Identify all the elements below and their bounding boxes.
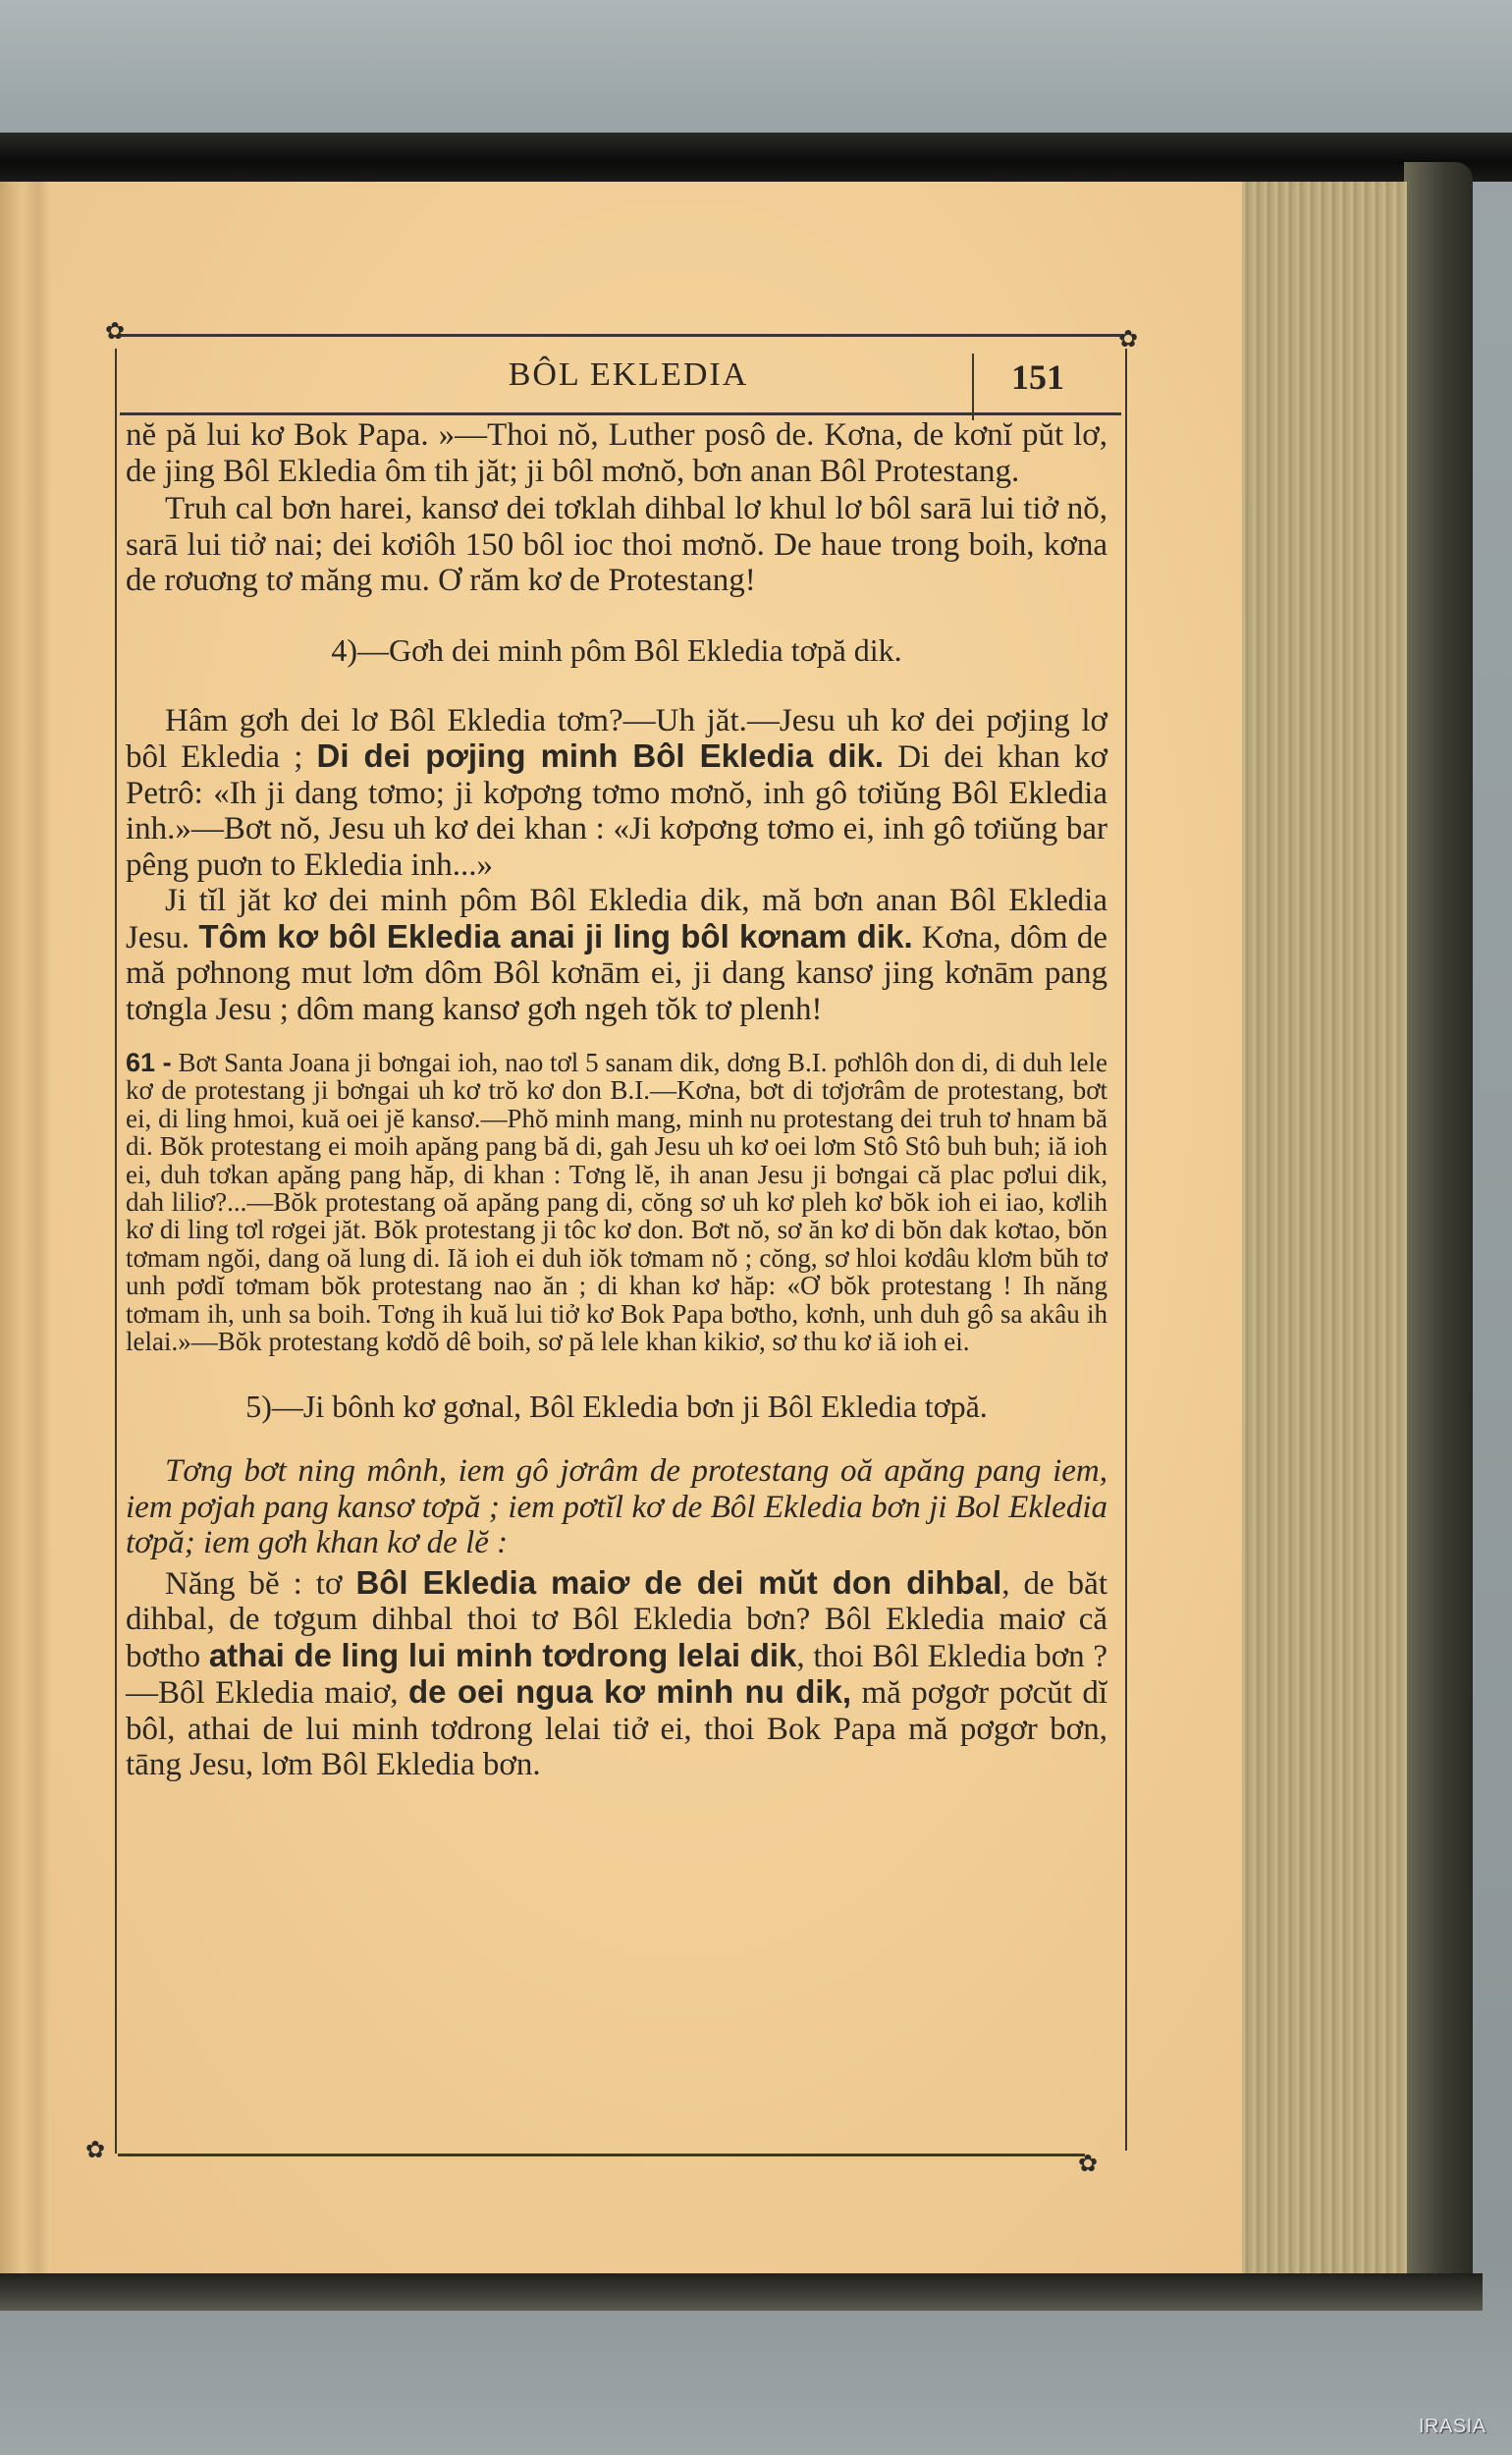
page-gutter bbox=[0, 182, 51, 2273]
footnote-number: 61 - bbox=[126, 1048, 172, 1077]
paragraph-5-italic: Tơng bơt ning mônh, iem gô jơrâm de prot… bbox=[126, 1453, 1107, 1561]
paragraph-6-bold-1: Bôl Ekledia maiơ de dei mŭt don dihbal bbox=[355, 1564, 1001, 1601]
frame-top-rule bbox=[120, 334, 1121, 337]
paragraph-2: Truh cal bơn harei, kansơ dei tơklah dih… bbox=[126, 491, 1107, 599]
text-block: nĕ pă lui kơ Bok Papa. »—Thoi nŏ, Luther… bbox=[126, 417, 1107, 1783]
watermark: IRASIA bbox=[1419, 2416, 1486, 2438]
paragraph-6-text-a: Năng bĕ : tơ bbox=[165, 1566, 355, 1602]
footnote-61: 61 - Bơt Santa Joana ji bơngai ioh, nao … bbox=[126, 1049, 1107, 1355]
paragraph-3-bold: Di dei pơjing minh Bôl Ekledia dik. bbox=[317, 737, 885, 774]
book-page: ✿ ✿ ✿ ✿ BÔL EKLEDIA 151 nĕ pă lui kơ Bok… bbox=[0, 182, 1242, 2273]
section-heading-5: 5)—Ji bônh kơ gơnal, Bôl Ekledia bơn ji … bbox=[126, 1389, 1107, 1424]
header-divider bbox=[972, 354, 974, 420]
frame-left-rule bbox=[115, 349, 117, 2154]
header-rule bbox=[120, 412, 1121, 415]
running-head: BÔL EKLEDIA bbox=[481, 356, 776, 394]
book-cover-top-edge bbox=[0, 133, 1512, 182]
section-heading-4: 4)—Gơh dei minh pôm Bôl Ekledia tơpă dik… bbox=[126, 632, 1107, 668]
paragraph-4-bold: Tôm kơ bôl Ekledia anai ji ling bôl kơna… bbox=[198, 918, 912, 955]
paragraph-3: Hâm gơh dei lơ Bôl Ekledia tơm?—Uh jăt.—… bbox=[126, 703, 1107, 884]
paragraph-6-bold-3: de oei ngua kơ minh nu dik, bbox=[408, 1673, 851, 1710]
page-number: 151 bbox=[1011, 356, 1109, 398]
frame-right-rule bbox=[1125, 349, 1127, 2151]
flower-ornament-icon: ✿ bbox=[1117, 329, 1139, 351]
footnote-text: Bơt Santa Joana ji bơngai ioh, nao tơl 5… bbox=[126, 1048, 1107, 1356]
book-cover-bottom-edge bbox=[0, 2273, 1483, 2311]
paragraph-6-bold-2: athai de ling lui minh tơdrong lelai dik bbox=[209, 1637, 797, 1673]
page-stack-edges bbox=[1240, 182, 1407, 2273]
paragraph-6: Năng bĕ : tơ Bôl Ekledia maiơ de dei mŭt… bbox=[126, 1565, 1107, 1783]
paragraph-4: Ji tĭl jăt kơ dei minh pôm Bôl Ekledia d… bbox=[126, 883, 1107, 1027]
frame-bottom-rule bbox=[118, 2154, 1085, 2156]
book-cover-right-edge bbox=[1404, 162, 1473, 2303]
flower-ornament-icon: ✿ bbox=[84, 2140, 106, 2161]
paragraph-1: nĕ pă lui kơ Bok Papa. »—Thoi nŏ, Luther… bbox=[126, 417, 1107, 489]
flower-ornament-icon: ✿ bbox=[104, 321, 126, 343]
flower-ornament-icon: ✿ bbox=[1077, 2154, 1099, 2175]
